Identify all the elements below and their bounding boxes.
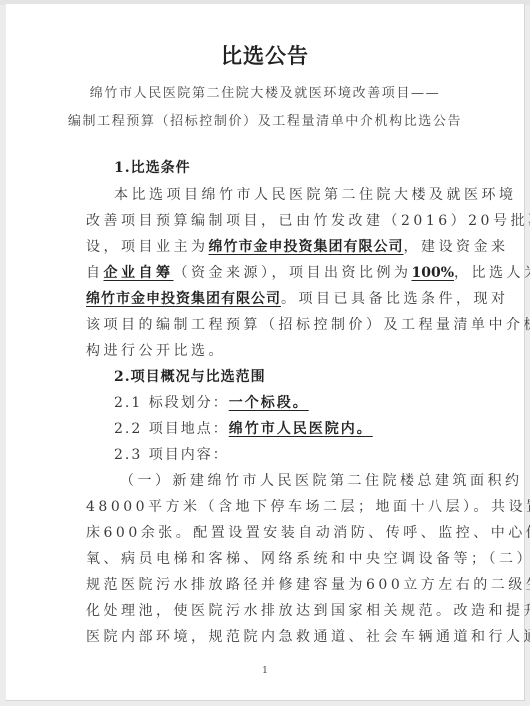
funding-source: 企业自筹	[104, 265, 174, 281]
paragraph-line: 改善项目预算编制项目，已由竹发改建（2016）20号批准建	[86, 210, 530, 230]
subtitle-line-2: 编制工程预算（招标控制价）及工程量清单中介机构比选公告	[6, 110, 524, 129]
text: ，建设资金来	[404, 239, 509, 255]
paragraph-line: 医院内部环境，规范院内急救通道、社会车辆通道和行人通	[86, 626, 530, 646]
item-2-1: 2.1 标段划分：一个标段。	[114, 392, 309, 412]
paragraph-line: 自企业自筹（资金来源），项目出资比例为100%，比选人为	[86, 262, 530, 282]
paragraph-line: 构进行公开比选。	[86, 340, 226, 360]
text: 设，项目业主为	[86, 239, 209, 255]
paragraph-line: 规范医院污水排放路径并修建容量为600立方左右的二级生	[86, 574, 530, 594]
paragraph-line: 设，项目业主为绵竹市金申投资集团有限公司，建设资金来	[86, 236, 509, 256]
document-title: 比选公告	[6, 40, 524, 70]
page-number: 1	[6, 666, 524, 676]
document-page: 比选公告 绵竹市人民医院第二住院大楼及就医环境改善项目—— 编制工程预算（招标控…	[6, 4, 525, 701]
text: 自	[86, 265, 104, 281]
value: 绵竹市人民医院内。	[229, 421, 373, 437]
paragraph-line: 绵竹市金申投资集团有限公司。项目已具备比选条件，现对	[86, 288, 509, 308]
investment-ratio: 100%	[412, 265, 455, 281]
selecting-party: 绵竹市金申投资集团有限公司	[86, 291, 281, 307]
label: 2.1 标段划分：	[114, 395, 229, 411]
text: （资金来源），项目出资比例为	[174, 265, 412, 281]
paragraph-line: 化处理池，使医院污水排放达到国家相关规范。改造和提升	[86, 600, 530, 620]
paragraph-line: 48000平方米（含地下停车场二层；地面十八层）。共设置病	[86, 496, 530, 516]
section-2-heading: 2.项目概况与比选范围	[114, 366, 266, 386]
paragraph-line: 本比选项目绵竹市人民医院第二住院大楼及就医环境	[114, 184, 517, 204]
text: 。项目已具备比选条件，现对	[281, 291, 509, 307]
value: 一个标段。	[229, 395, 309, 411]
project-owner: 绵竹市金申投资集团有限公司	[209, 239, 404, 255]
section-1-heading: 1.比选条件	[114, 157, 191, 177]
paragraph-line: 床600余张。配置设置安装自动消防、传呼、监控、中心供	[86, 522, 530, 542]
item-2-2: 2.2 项目地点：绵竹市人民医院内。	[114, 418, 373, 438]
text: ，比选人为	[454, 265, 530, 281]
subtitle-line-1: 绵竹市人民医院第二住院大楼及就医环境改善项目——	[6, 82, 524, 101]
paragraph-line: 氧、病员电梯和客梯、网络系统和中央空调设备等；（二）	[86, 548, 530, 568]
label: 2.2 项目地点：	[114, 421, 229, 437]
paragraph-line: （一）新建绵竹市人民医院第二住院楼总建筑面积约	[120, 470, 523, 490]
item-2-3: 2.3 项目内容：	[114, 444, 229, 464]
paragraph-line: 该项目的编制工程预算（招标控制价）及工程量清单中介机	[86, 314, 530, 334]
